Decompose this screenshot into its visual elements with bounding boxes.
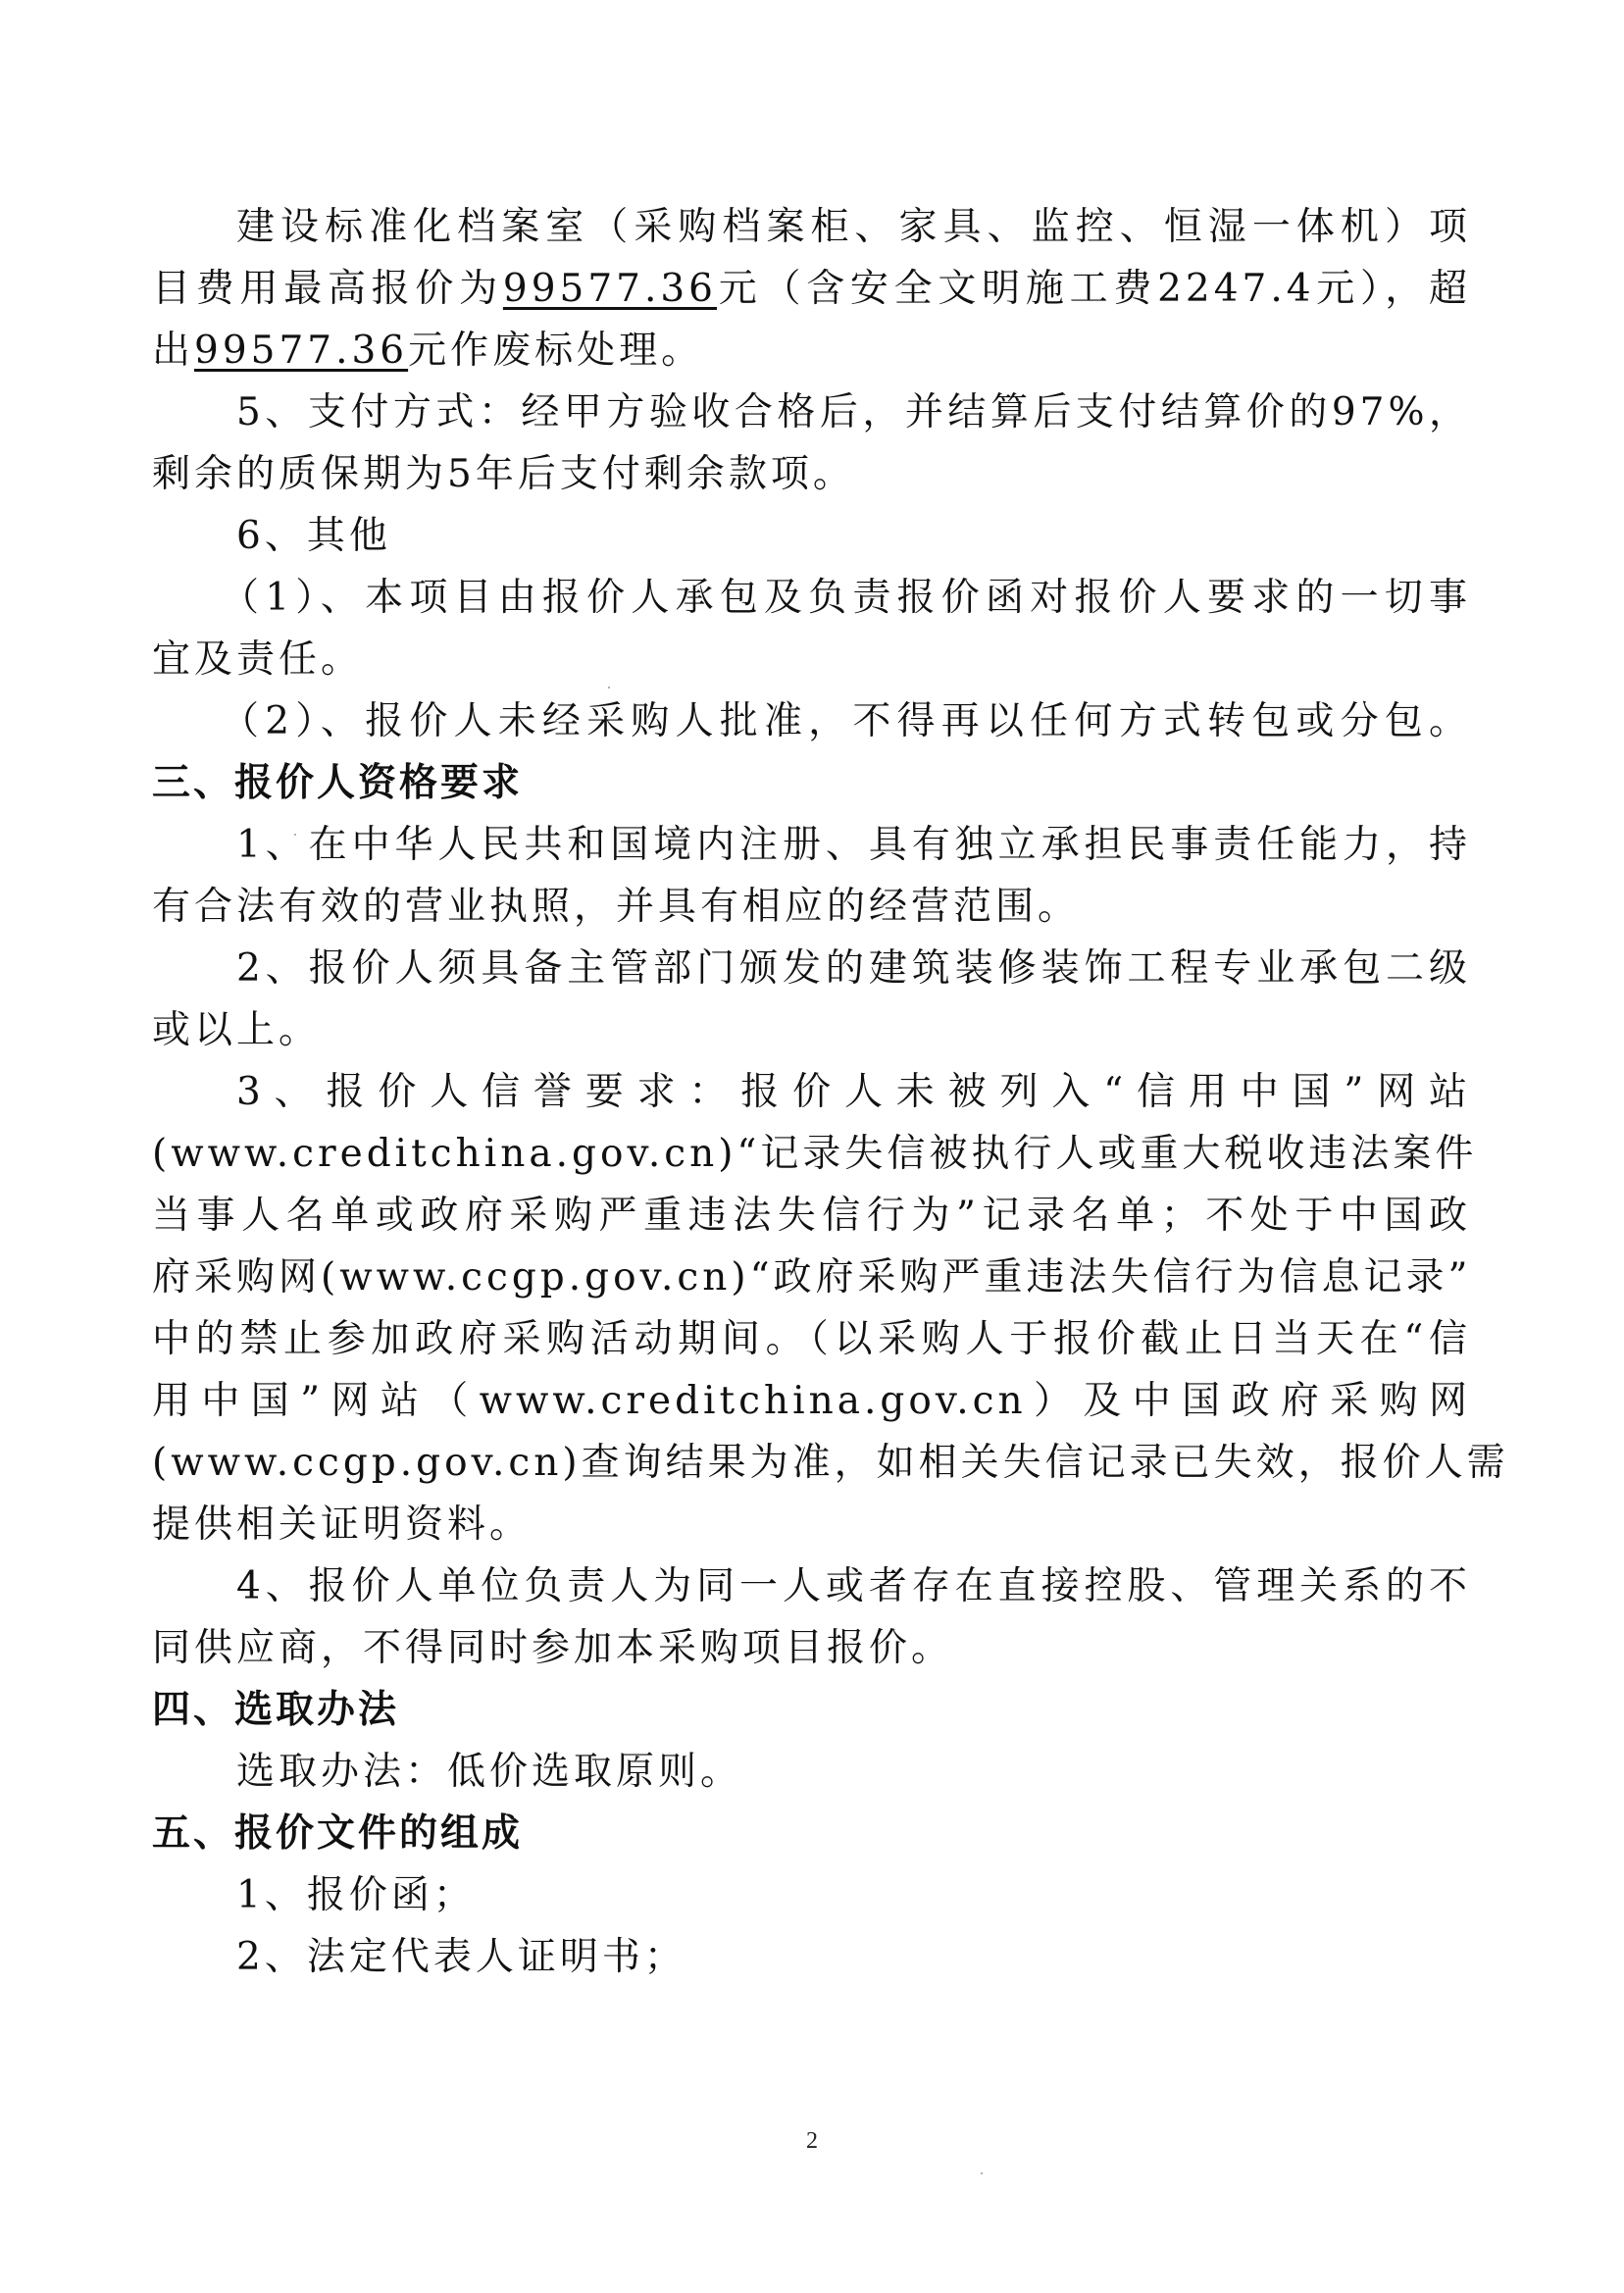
text-line: 当事人名单或政府采购严重违法失信行为”记录名单；不处于中国政 [152, 1185, 1471, 1247]
text-line: 宜及责任。 [152, 629, 1471, 690]
text-line: 5、支付方式：经甲方验收合格后，并结算后支付结算价的97%， [152, 382, 1471, 443]
text-segment: 建设标准化档案室（采购档案柜、家具、监控、恒湿一体机）项 [236, 205, 1471, 249]
text-line: 选取办法：低价选取原则。 [152, 1741, 1471, 1803]
text-line: 2、报价人须具备主管部门颁发的建筑装修装饰工程专业承包二级 [152, 938, 1471, 999]
section-heading: 三、报价人资格要求 [152, 752, 1471, 814]
document-page: 建设标准化档案室（采购档案柜、家具、监控、恒湿一体机）项 目费用最高报价为995… [0, 0, 1624, 2293]
text-segment: 元（含安全文明施工费2247.4元），超 [717, 267, 1471, 311]
text-line: 4、报价人单位负责人为同一人或者存在直接控股、管理关系的不 [152, 1555, 1471, 1617]
section-heading: 四、选取办法 [152, 1679, 1471, 1741]
text-line: 剩余的质保期为5年后支付剩余款项。 [152, 443, 1471, 505]
text-line: (www.ccgp.gov.cn)查询结果为准，如相关失信记录已失效，报价人需 [152, 1432, 1471, 1494]
text-segment: 目费用最高报价为 [152, 267, 503, 311]
text-line: 用中国”网站（www.creditchina.gov.cn）及中国政府采购网 [152, 1370, 1471, 1432]
text-line: 目费用最高报价为99577.36元（含安全文明施工费2247.4元），超 [152, 258, 1471, 320]
text-line: 有合法有效的营业执照，并具有相应的经营范围。 [152, 876, 1471, 938]
max-price-value: 99577.36 [503, 267, 717, 311]
scan-speck [294, 834, 296, 836]
text-line: 3、报价人信誉要求：报价人未被列入“信用中国”网站 [152, 1061, 1471, 1123]
text-line: （2）、报价人未经采购人批准，不得再以任何方式转包或分包。 [152, 690, 1471, 752]
text-line: 提供相关证明资料。 [152, 1494, 1471, 1555]
max-price-value: 99577.36 [194, 329, 408, 373]
page-number: 2 [0, 2128, 1624, 2155]
text-line: (www.creditchina.gov.cn)“记录失信被执行人或重大税收违法… [152, 1123, 1471, 1185]
text-line: 出99577.36元作废标处理。 [152, 320, 1471, 382]
list-item: 1、报价函； [152, 1864, 1471, 1926]
text-line: 同供应商，不得同时参加本采购项目报价。 [152, 1617, 1471, 1679]
item-heading: 6、其他 [152, 505, 1471, 567]
text-line: 或以上。 [152, 999, 1471, 1061]
list-item: 2、法定代表人证明书； [152, 1926, 1471, 1988]
document-body: 建设标准化档案室（采购档案柜、家具、监控、恒湿一体机）项 目费用最高报价为995… [152, 196, 1471, 1988]
section-heading: 五、报价文件的组成 [152, 1803, 1471, 1864]
text-segment: 元作废标处理。 [408, 329, 703, 373]
scan-speck [981, 2172, 983, 2174]
text-line: （1）、本项目由报价人承包及负责报价函对报价人要求的一切事 [152, 567, 1471, 629]
text-line: 中的禁止参加政府采购活动期间。（以采购人于报价截止日当天在“信 [152, 1308, 1471, 1370]
text-line: 府采购网(www.ccgp.gov.cn)“政府采购严重违法失信行为信息记录” [152, 1247, 1471, 1308]
text-line: 建设标准化档案室（采购档案柜、家具、监控、恒湿一体机）项 [152, 196, 1471, 258]
text-line: 1、在中华人民共和国境内注册、具有独立承担民事责任能力，持 [152, 814, 1471, 876]
text-segment: 出 [152, 329, 194, 373]
scan-speck [608, 687, 610, 688]
